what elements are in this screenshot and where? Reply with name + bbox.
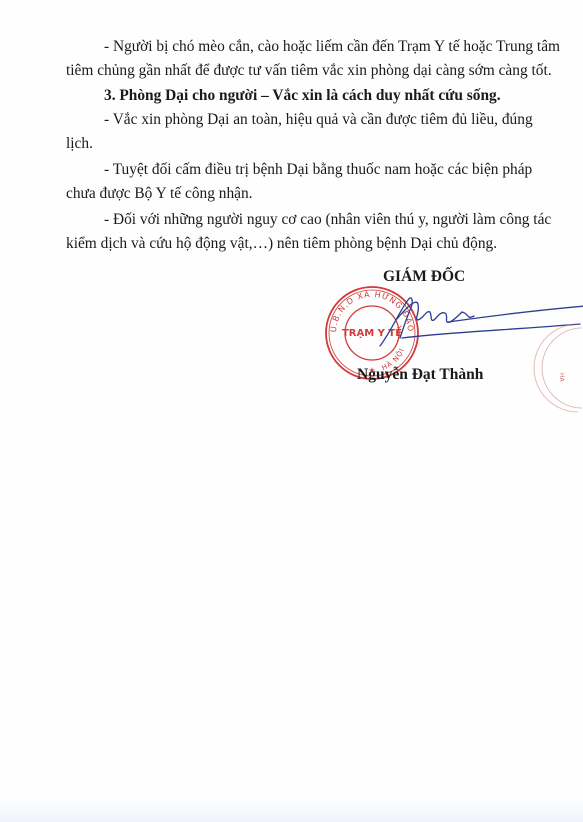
document-page: - Người bị chó mèo cắn, cào hoặc liếm cầ…: [0, 0, 583, 822]
svg-text:HÀ: HÀ: [558, 373, 565, 383]
section-heading: 3. Phòng Dại cho người – Vắc xin là cách…: [104, 87, 501, 105]
paragraph-line: - Đối với những người nguy cơ cao (nhân …: [104, 211, 520, 229]
paragraph-line: chưa được Bộ Y tế công nhận.: [66, 185, 253, 203]
paragraph-line: lịch.: [66, 135, 93, 153]
partial-stamp-icon: HÀ: [530, 318, 583, 418]
paragraph-line: - Người bị chó mèo cắn, cào hoặc liếm cầ…: [104, 38, 520, 56]
signer-name: Nguyễn Đạt Thành: [357, 366, 483, 384]
paragraph-line: - Vắc xin phòng Dại an toàn, hiệu quả và…: [104, 111, 520, 129]
scan-shadow: [0, 798, 583, 822]
paragraph-line: kiểm dịch và cứu hộ động vật,…) nên tiêm…: [66, 235, 497, 253]
paragraph-line: - Tuyệt đối cấm điều trị bệnh Dại bằng t…: [104, 161, 520, 179]
paragraph-line: tiêm chủng gần nhất để được tư vấn tiêm …: [66, 62, 552, 80]
